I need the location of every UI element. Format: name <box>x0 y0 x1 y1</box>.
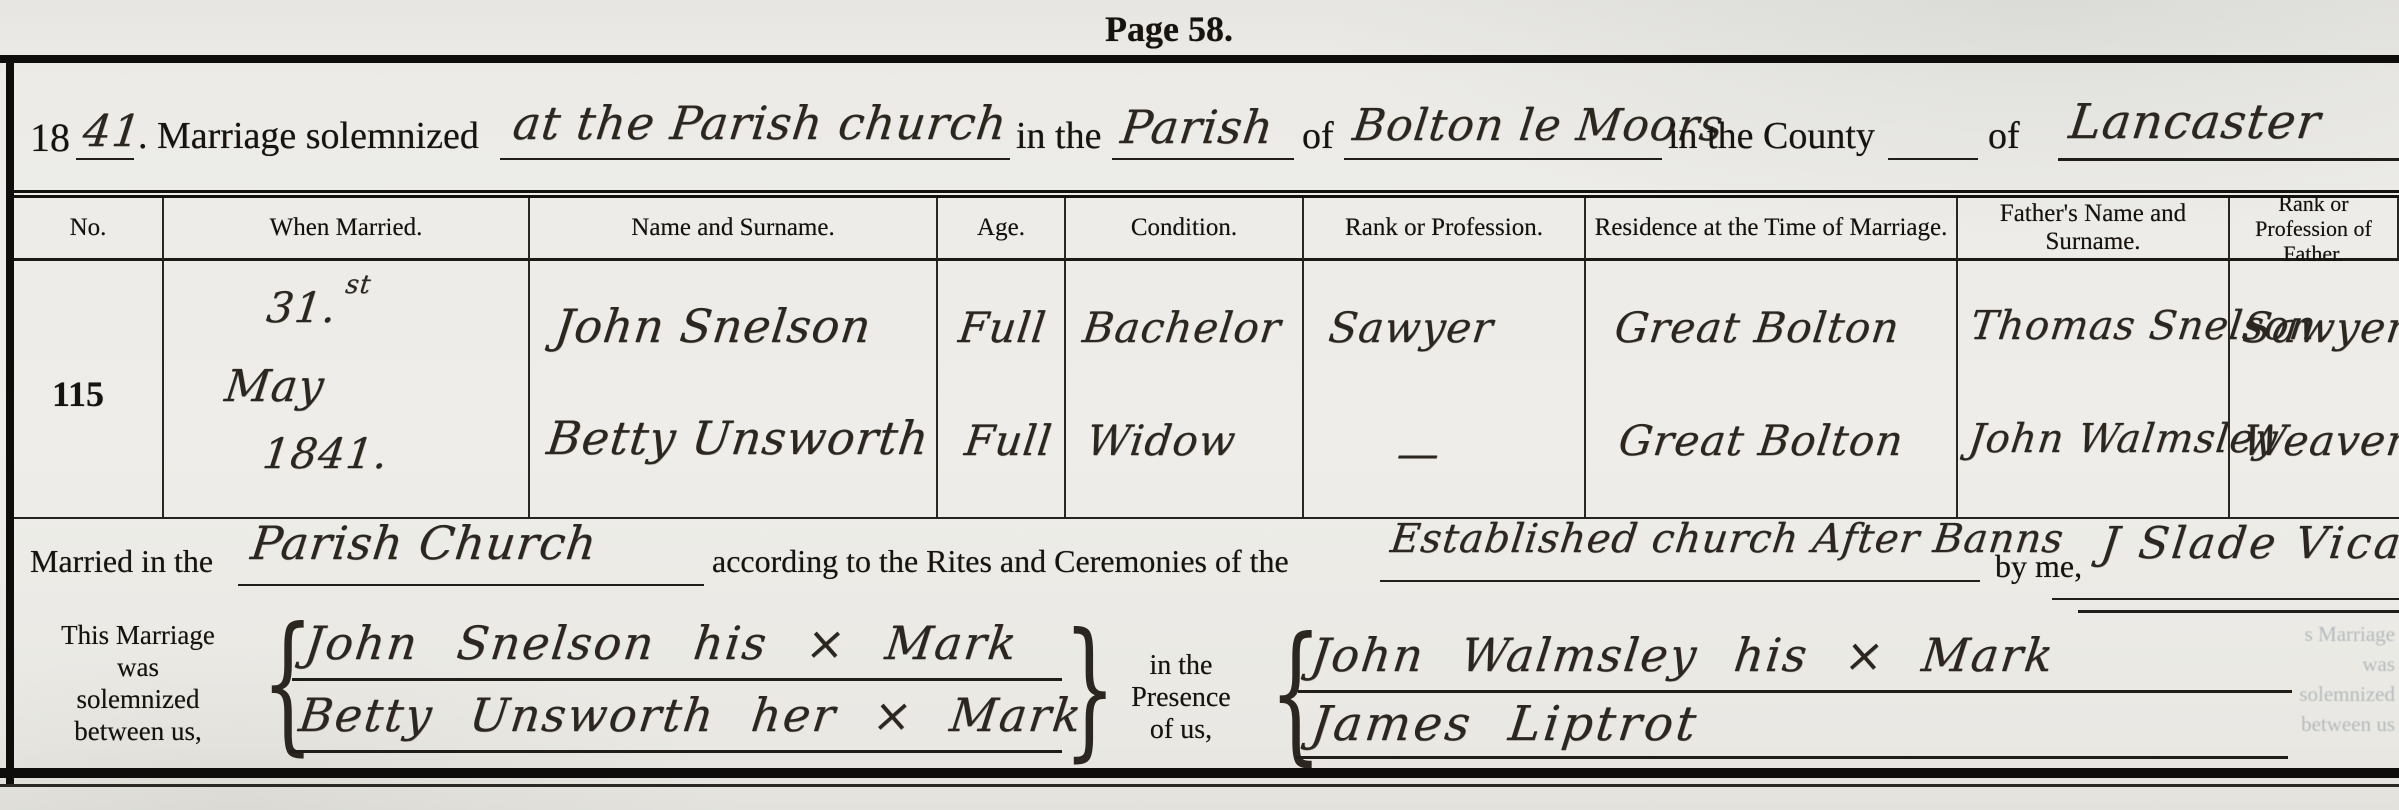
heading-in-the: in the <box>1016 114 1101 158</box>
groom-father-rank: Sawyer <box>2240 303 2399 352</box>
witness-signature-line-1 <box>1298 690 2292 693</box>
heading-place-written: at the Parish church <box>510 96 1010 150</box>
this-marriage-label-2: was <box>14 652 262 683</box>
groom-signature-line <box>292 678 1062 681</box>
bride-rank: — <box>1394 429 1443 478</box>
bride-signature: Betty Unsworth her × Mark <box>296 688 1086 742</box>
col-header-father-name: Father's Name and Surname. <box>1958 198 2230 261</box>
officiant-signature: J Slade Vicar <box>2098 518 2399 569</box>
groom-residence: Great Bolton <box>1612 303 1903 352</box>
left-page-border <box>6 63 14 786</box>
cell-when-married: 31.st May 1841. <box>164 261 530 517</box>
bleedthrough-line-1: s Marriage <box>2285 622 2395 647</box>
married-in-the-label: Married in the <box>30 543 213 580</box>
cell-ranks: Sawyer — <box>1304 261 1586 517</box>
register-table: No. When Married. Name and Surname. Age.… <box>14 190 2399 519</box>
heading-of-2: of <box>1988 114 2020 158</box>
officiant-signature-line <box>2052 598 2399 600</box>
when-married-day-suffix: st <box>344 270 373 300</box>
presence-label-3: of us, <box>1106 714 1256 746</box>
groom-age: Full <box>956 303 1049 352</box>
heading-year-underline <box>76 158 134 160</box>
this-marriage-label-4: between us, <box>14 716 262 747</box>
groom-name: John Snelson <box>552 299 875 353</box>
witness-signature-1: John Walmsley his × Mark <box>1308 628 2058 682</box>
witness-signature-line-2 <box>1296 756 2288 759</box>
col-header-age: Age. <box>938 198 1066 261</box>
bride-age: Full <box>962 416 1055 465</box>
rites-underline <box>1380 580 1980 582</box>
cell-no: 115 <box>14 261 164 517</box>
col-header-when-married: When Married. <box>164 198 530 261</box>
church-underline <box>238 584 704 586</box>
bleedthrough-line-3: solemnized <box>2285 682 2395 707</box>
cell-fathers: Thomas Snelson John Walmsley <box>1958 261 2230 517</box>
presence-label-1: in the <box>1106 650 1256 682</box>
heading-of-1: of <box>1302 114 1334 158</box>
heading-year-written: 41 <box>80 106 144 157</box>
bottom-rule-thick <box>0 768 2399 778</box>
heading-year-prefix: 18 <box>30 114 70 161</box>
bleedthrough-line-2: was <box>2285 652 2395 677</box>
col-header-condition: Condition. <box>1066 198 1304 261</box>
bleedthrough-line-4: between us <box>2285 712 2395 737</box>
cell-names: John Snelson Betty Unsworth <box>530 261 938 517</box>
bride-condition: Widow <box>1084 416 1239 465</box>
this-marriage-label-1: This Marriage <box>14 620 262 651</box>
col-header-residence: Residence at the Time of Marriage. <box>1586 198 1958 261</box>
rites-label: according to the Rites and Ceremonies of… <box>712 543 1289 580</box>
church-written: Parish Church <box>248 516 600 570</box>
heading-county-blank-underline <box>1888 158 1978 160</box>
groom-rank: Sawyer <box>1326 303 1496 352</box>
col-header-name-surname: Name and Surname. <box>530 198 938 261</box>
col-header-no: No. <box>14 198 164 261</box>
bride-signature-line <box>290 750 1062 753</box>
heading-parish-underline <box>1112 158 1294 160</box>
page-number: Page 58. <box>1105 8 1233 50</box>
cell-ages: Full Full <box>938 261 1066 517</box>
groom-condition: Bachelor <box>1080 303 1284 352</box>
this-marriage-label-3: solemnized <box>14 684 262 715</box>
rites-written: Established church After Banns <box>1388 516 2067 562</box>
col-header-rank: Rank or Profession. <box>1304 198 1586 261</box>
heading-in-the-county: in the County <box>1668 114 1875 158</box>
bottom-rule-thin <box>0 784 2399 787</box>
when-married-month: May <box>222 361 327 412</box>
top-rule <box>0 55 2399 63</box>
when-married-day: 31.st <box>264 283 366 332</box>
heading-parish-written: Parish <box>1118 100 1277 154</box>
by-me-label: by me, <box>1995 548 2082 585</box>
witness-signature-2: James Liptrot <box>1308 696 1702 752</box>
heading-county-written: Lancaster <box>2066 94 2324 150</box>
heading-district-underline <box>1344 158 1662 160</box>
cell-father-ranks: Sawyer Weaver <box>2230 261 2399 517</box>
entry-number: 115 <box>52 373 104 415</box>
bride-father-rank: Weaver <box>2240 416 2399 465</box>
groom-signature: John Snelson his × Mark <box>302 616 1021 670</box>
heading-county-underline <box>2058 158 2399 161</box>
bride-name: Betty Unsworth <box>544 411 932 465</box>
presence-label-2: Presence <box>1106 682 1256 714</box>
adjacent-entry-rule <box>2078 610 2399 613</box>
heading-solemnized: . Marriage solemnized <box>138 114 479 158</box>
bride-residence: Great Bolton <box>1616 416 1907 465</box>
heading-place-underline <box>500 158 1010 160</box>
cell-residences: Great Bolton Great Bolton <box>1586 261 1958 517</box>
marriage-register-scan: Page 58. 18 41 . Marriage solemnized at … <box>0 0 2399 810</box>
col-header-father-rank: Rank or Profession of Father. <box>2230 198 2399 261</box>
cell-conditions: Bachelor Widow <box>1066 261 1304 517</box>
when-married-year: 1841. <box>260 429 391 478</box>
